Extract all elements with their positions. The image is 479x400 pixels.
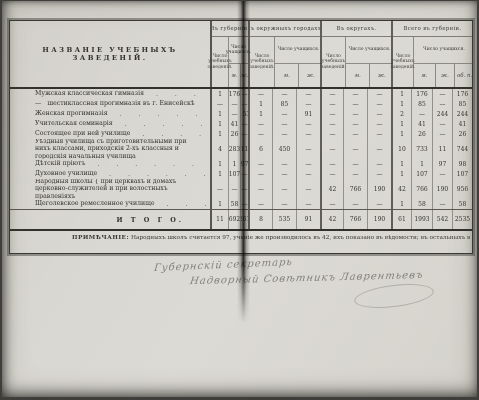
cell: — xyxy=(296,169,320,179)
row-label: Щеголевское ремесленное училище........ xyxy=(10,199,212,209)
cell: 26 xyxy=(411,129,432,139)
cell: — xyxy=(367,119,391,129)
cell: 744 xyxy=(452,139,472,159)
cell: — xyxy=(248,179,272,199)
cell: 766 xyxy=(343,210,367,229)
cell: 766 xyxy=(411,179,432,199)
subheader-students: Число учащихся. xyxy=(346,37,393,64)
cell: 11 xyxy=(212,210,228,229)
cell: 766 xyxy=(343,179,367,199)
cell: — xyxy=(432,129,452,139)
dot-leader: ........ xyxy=(108,111,206,118)
cell: — xyxy=(248,159,272,169)
cell: 41 xyxy=(411,119,432,129)
cell: 4 xyxy=(212,139,228,159)
subheader-female: ж. xyxy=(435,64,455,87)
cell: 190 xyxy=(432,179,452,199)
cell: 542 xyxy=(432,210,452,229)
cell: 10 xyxy=(391,139,411,159)
dot-leader: ........ xyxy=(97,171,206,178)
cell: 91 xyxy=(296,109,320,119)
subheader-institutions: Число учебныхъ заведеній. xyxy=(393,37,413,87)
cell: 8 xyxy=(248,210,272,229)
cell: — xyxy=(296,139,320,159)
cell: — xyxy=(432,99,452,109)
cell: 98 xyxy=(452,159,472,169)
cell: — xyxy=(320,119,343,129)
cell: — xyxy=(432,89,452,99)
cell: — xyxy=(367,129,391,139)
cell: 85 xyxy=(452,99,472,109)
footnote-label: ПРИМѢЧАНІЕ: xyxy=(72,235,129,241)
handwritten-title: Губернскій секретарь xyxy=(154,257,294,274)
subheader-students-block: Число учащихся. м. ж. xyxy=(345,37,393,87)
cell: — xyxy=(343,139,367,159)
cell: 1 xyxy=(391,99,411,109)
cell: — xyxy=(343,99,367,109)
cell: — xyxy=(320,109,343,119)
cell: — xyxy=(212,179,228,199)
row-label: Народныя школы { при церквахъ и домахъ ц… xyxy=(10,179,212,199)
subheader-male: м. xyxy=(275,64,298,87)
cell: — xyxy=(367,99,391,109)
cell: — xyxy=(248,129,272,139)
cell: 1 xyxy=(212,129,228,139)
cell: 1 xyxy=(391,169,411,179)
row-label: Женская прогимназія........ xyxy=(10,109,212,119)
cell: 956 xyxy=(452,179,472,199)
dot-leader: ........ xyxy=(195,101,207,108)
column-group-province-total: Всего въ губерніи. Число учебныхъ заведе… xyxy=(391,21,472,87)
cell: — xyxy=(343,129,367,139)
cell: 26 xyxy=(452,129,472,139)
cell: — xyxy=(272,109,296,119)
group-title: Всего въ губерніи. xyxy=(393,21,472,37)
cell: — xyxy=(367,169,391,179)
cell: 1 xyxy=(391,159,411,169)
cell: — xyxy=(272,129,296,139)
cell: 190 xyxy=(367,210,391,229)
cell: — xyxy=(248,199,272,209)
cell: 6 xyxy=(248,139,272,159)
cell: — xyxy=(272,119,296,129)
cell: 58 xyxy=(411,199,432,209)
column-header-institution-names: НАЗВАНІЕ УЧЕБНЫХЪ ЗАВЕДЕНІЙ. xyxy=(10,21,212,87)
footnote: ПРИМѢЧАНІЕ: Народныхъ школъ считается 97… xyxy=(72,235,470,241)
subheader-institutions: Число учебныхъ заведеній. xyxy=(250,37,274,87)
cell: 42 xyxy=(320,179,343,199)
cell: 1 xyxy=(212,199,228,209)
row-label: Состоящее при ней училище........ xyxy=(10,129,212,139)
cell: — xyxy=(320,139,343,159)
dot-leader: ........ xyxy=(155,201,206,208)
book-binding-fold xyxy=(237,1,250,323)
subheader-institutions: Число учебныхъ заведеній. xyxy=(322,37,345,87)
subheader-female: ж. xyxy=(298,64,322,87)
cell: 41 xyxy=(452,119,472,129)
cell: — xyxy=(272,169,296,179)
cell: 61 xyxy=(391,210,411,229)
cell: 1993 xyxy=(411,210,432,229)
cell: 1 xyxy=(212,109,228,119)
cell: 1 xyxy=(212,89,228,99)
cell: 11 xyxy=(432,139,452,159)
row-label: Учительская семинарія........ xyxy=(10,119,212,129)
total-label: И Т О Г О. xyxy=(10,210,212,229)
cell: — xyxy=(367,139,391,159)
cell: — xyxy=(343,89,367,99)
cell: 2535 xyxy=(452,210,472,229)
cell: 1 xyxy=(391,119,411,129)
subheader-both-sexes: об. п. xyxy=(454,64,474,87)
dot-leader: ........ xyxy=(113,121,206,128)
cell: 535 xyxy=(272,210,296,229)
cell: — xyxy=(296,89,320,99)
group-title: Въ окружныхъ городахъ. xyxy=(250,21,320,37)
cell: — xyxy=(272,159,296,169)
cell: — xyxy=(272,199,296,209)
row-label: Уѣздныя училища съ приготовительными при… xyxy=(10,139,212,159)
subheader-male: м. xyxy=(346,64,369,87)
cell: 107 xyxy=(452,169,472,179)
dot-leader: ........ xyxy=(144,91,206,98)
cell: — xyxy=(272,179,296,199)
subheader-male: м. xyxy=(414,64,435,87)
cell: 2 xyxy=(391,109,411,119)
cell: — xyxy=(248,89,272,99)
cell: 176 xyxy=(452,89,472,99)
cell: 1 xyxy=(212,159,228,169)
cell: — xyxy=(296,159,320,169)
cell: — xyxy=(296,199,320,209)
cell: 85 xyxy=(411,99,432,109)
cell: — xyxy=(320,129,343,139)
cell: — xyxy=(343,109,367,119)
row-label: Духовное училище........ xyxy=(10,169,212,179)
cell: 1 xyxy=(391,199,411,209)
cell: 244 xyxy=(452,109,472,119)
scanned-page: НАЗВАНІЕ УЧЕБНЫХЪ ЗАВЕДЕНІЙ. Въ губерніи… xyxy=(2,1,477,397)
cell: 1 xyxy=(212,119,228,129)
cell: 733 xyxy=(411,139,432,159)
dot-leader: ........ xyxy=(130,131,206,138)
subheader-students-block: Число учащихся. м. ж. об. п. xyxy=(413,37,474,87)
cell: — xyxy=(367,89,391,99)
subheader-students: Число учащихся. xyxy=(414,37,474,64)
cell: — xyxy=(248,169,272,179)
cell: 1 xyxy=(212,169,228,179)
cell: 1 xyxy=(391,89,411,99)
cell: — xyxy=(432,119,452,129)
signature-flourish xyxy=(353,280,435,312)
cell: — xyxy=(432,199,452,209)
cell: 85 xyxy=(272,99,296,109)
cell: — xyxy=(432,169,452,179)
cell: 1 xyxy=(391,129,411,139)
cell: 1 xyxy=(248,99,272,109)
row-label: — шестиклассная прогимназія въ г. Енисей… xyxy=(10,99,212,109)
cell: 176 xyxy=(411,89,432,99)
cell: — xyxy=(212,99,228,109)
cell: — xyxy=(296,129,320,139)
cell: — xyxy=(272,89,296,99)
cell: — xyxy=(320,89,343,99)
cell: 190 xyxy=(367,179,391,199)
cell: — xyxy=(320,169,343,179)
cell: 107 xyxy=(411,169,432,179)
cell: 58 xyxy=(452,199,472,209)
column-group-districts: Въ округахъ. Число учебныхъ заведеній. Ч… xyxy=(320,21,391,87)
subheader-students: Число учащихся. xyxy=(275,37,322,64)
footnote-text: Народныхъ школъ считается 97, ученіе же … xyxy=(131,235,470,241)
cell: 42 xyxy=(320,210,343,229)
cell: — xyxy=(343,169,367,179)
cell: — xyxy=(320,199,343,209)
cell: — xyxy=(296,179,320,199)
dot-leader: ........ xyxy=(85,161,206,168)
cell: — xyxy=(320,159,343,169)
row-label: Дѣтскій пріютъ........ xyxy=(10,159,212,169)
cell: — xyxy=(343,159,367,169)
group-title: Въ округахъ. xyxy=(322,21,391,37)
column-group-district-towns: Въ окружныхъ городахъ. Число учебныхъ за… xyxy=(248,21,320,87)
cell: 91 xyxy=(296,210,320,229)
row-label: Мужская классическая гимназія........ xyxy=(10,89,212,99)
cell: 1 xyxy=(248,109,272,119)
cell: 1 xyxy=(411,159,432,169)
cell: 97 xyxy=(432,159,452,169)
cell: — xyxy=(296,99,320,109)
cell: 244 xyxy=(432,109,452,119)
cell: 42 xyxy=(391,179,411,199)
cell: — xyxy=(248,119,272,129)
cell: — xyxy=(320,99,343,109)
cell: — xyxy=(296,119,320,129)
cell: — xyxy=(367,159,391,169)
cell: 450 xyxy=(272,139,296,159)
cell: — xyxy=(411,109,432,119)
cell: — xyxy=(367,109,391,119)
cell: — xyxy=(343,199,367,209)
cell: — xyxy=(367,199,391,209)
cell: — xyxy=(343,119,367,129)
subheader-students-block: Число учащихся. м. ж. xyxy=(274,37,322,87)
